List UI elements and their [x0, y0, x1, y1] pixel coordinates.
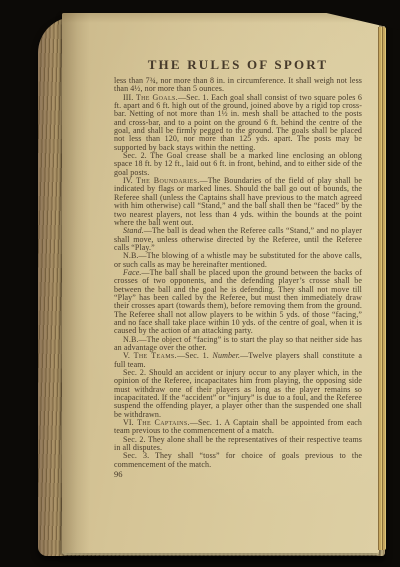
paragraph-segment: Number.: [213, 351, 241, 360]
page-number: 96: [114, 470, 362, 479]
paragraph-segment: —The ball shall be placed upon the groun…: [114, 268, 362, 335]
paragraph: Sec. 2. The Goal crease shall be a marke…: [114, 152, 362, 177]
paragraph-segment: —Sec. 1. Each goal shall consist of two …: [114, 93, 362, 152]
paragraph-segment: less than 7¾, nor more than 8 in. in cir…: [114, 76, 362, 93]
paragraph: Sec. 2. They alone shall be the represen…: [114, 436, 362, 453]
paragraph: Sec. 2. Should an accident or injury occ…: [114, 369, 362, 419]
paragraph: Face.—The ball shall be placed upon the …: [114, 269, 362, 336]
paragraph-segment: —The Boundaries of the field of play sha…: [114, 176, 362, 227]
paragraph-segment: Sec. 2. They alone shall be the represen…: [114, 435, 362, 452]
paragraph: III. The Goals.—Sec. 1. Each goal shall …: [114, 94, 362, 152]
paragraph: V. The Teams.—Sec. 1. Number.—Twelve pla…: [114, 352, 362, 369]
page-text: THE RULES OF SPORT less than 7¾, nor mor…: [114, 57, 362, 479]
paragraph: Sec. 3. They shall “toss” for choice of …: [114, 452, 362, 469]
paragraph-segment: —The ball is dead when the Referee calls…: [114, 226, 362, 252]
paragraph: IV. The Boundaries.—The Boundaries of th…: [114, 177, 362, 227]
paragraph-segment: Sec. 2. Should an accident or injury occ…: [114, 368, 362, 419]
page-title: THE RULES OF SPORT: [114, 57, 362, 72]
paragraph: N.B.—The object of “facing” is to start …: [114, 336, 362, 353]
paragraph: N.B.—The blowing of a whistle may be sub…: [114, 252, 362, 269]
book-page: THE RULES OF SPORT less than 7¾, nor mor…: [62, 13, 379, 553]
paragraph-segment: N.B.—The blowing of a whistle may be sub…: [114, 251, 362, 268]
paragraph-segment: Sec. 2. The Goal crease shall be a marke…: [114, 151, 362, 177]
book-page-edges-right: [378, 27, 386, 550]
paragraph-segment: Sec. 3. They shall “toss” for choice of …: [114, 451, 362, 468]
book-photo: THE RULES OF SPORT less than 7¾, nor mor…: [0, 0, 400, 567]
paragraph-segment: —Sec. 1.: [177, 351, 213, 360]
paragraph: VI. The Captains.—Sec. 1. A Captain shal…: [114, 419, 362, 436]
body-paragraphs: less than 7¾, nor more than 8 in. in cir…: [114, 77, 362, 469]
paragraph-segment: N.B.—The object of “facing” is to start …: [114, 335, 362, 352]
paragraph: Stand.—The ball is dead when the Referee…: [114, 227, 362, 252]
paragraph: less than 7¾, nor more than 8 in. in cir…: [114, 77, 362, 94]
